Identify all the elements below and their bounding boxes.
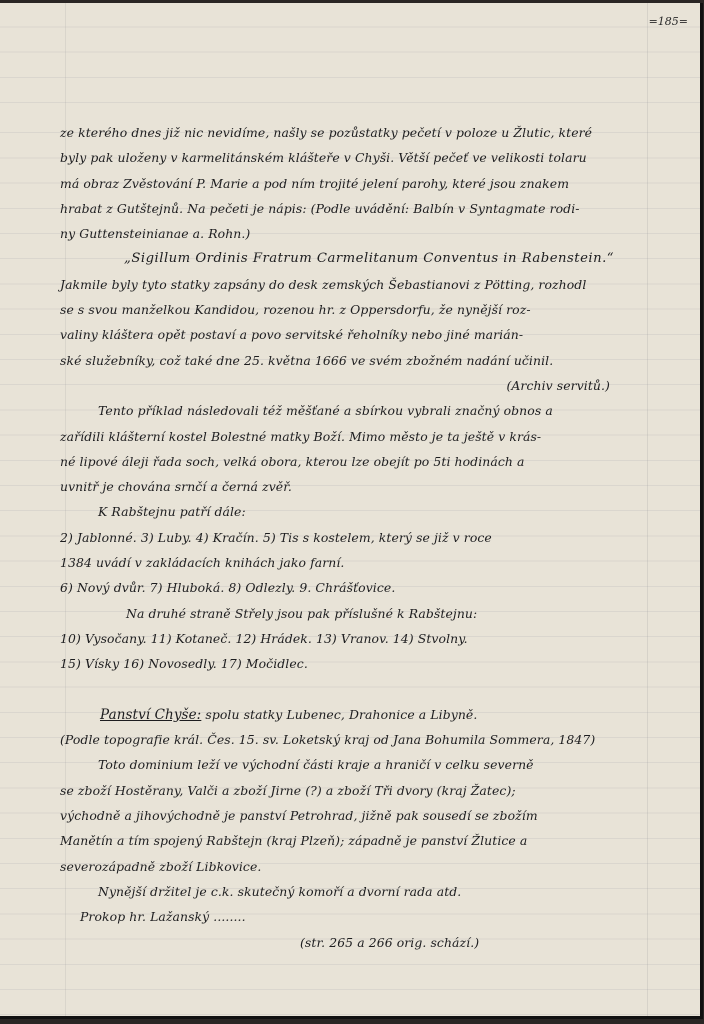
section-title: Panství Chyše:	[100, 707, 201, 723]
page-number: =185=	[649, 15, 688, 28]
text-line: se zboží Hostěrany, Valči a zboží Jirne …	[60, 778, 650, 803]
text-line: má obraz Zvěstování P. Marie a pod ním t…	[60, 171, 650, 196]
text-line: Jakmile byly tyto statky zapsány do desk…	[60, 272, 650, 297]
text-line: Manětín a tím spojený Rabštejn (kraj Plz…	[60, 828, 650, 853]
text-line: Toto dominium leží ve východní části kra…	[60, 752, 650, 777]
text-line: severozápadně zboží Libkovice.	[60, 854, 650, 879]
text-line: východně a jihovýchodně je panství Petro…	[60, 803, 650, 828]
section-heading: Panství Chyše: spolu statky Lubenec, Dra…	[60, 702, 650, 727]
text-line: byly pak uloženy v karmelitánském klášte…	[60, 145, 650, 170]
village-list-line: 2) Jablonné. 3) Luby. 4) Kračín. 5) Tis …	[60, 525, 650, 550]
belongs-heading: K Rabštejnu patří dále:	[60, 499, 650, 524]
text-line: valiny kláštera opět postaví a povo serv…	[60, 322, 650, 347]
missing-pages-note: (str. 265 a 266 orig. schází.)	[60, 930, 650, 955]
text-line: Tento příklad následovali též měšťané a …	[60, 398, 650, 423]
village-list-line: 6) Nový dvůr. 7) Hluboká. 8) Odlezly. 9.…	[60, 575, 650, 600]
blank-line	[60, 677, 650, 702]
text-line: ny Guttensteinianae a. Rohn.)	[60, 221, 650, 246]
village-list-line: 15) Vísky 16) Novosedly. 17) Močidlec.	[60, 651, 650, 676]
handwritten-text-body: ze kterého dnes již nic nevidíme, našly …	[60, 120, 650, 955]
text-line: se s svou manželkou Kandidou, rozenou hr…	[60, 297, 650, 322]
text-line: uvnitř je chována srnčí a černá zvěř.	[60, 474, 650, 499]
village-list-line: 1384 uvádí v zakládacích knihách jako fa…	[60, 550, 650, 575]
village-list-line: 10) Vysočany. 11) Kotaneč. 12) Hrádek. 1…	[60, 626, 650, 651]
manuscript-page: =185= ze kterého dnes již nic nevidíme, …	[0, 3, 703, 1019]
latin-inscription: „Sigillum Ordinis Fratrum Carmelitanum C…	[60, 246, 650, 271]
owner-line: Nynější držitel je c.k. skutečný komoří …	[60, 879, 650, 904]
text-line: zařídili klášterní kostel Bolestné matky…	[60, 424, 650, 449]
section-subtitle: spolu statky Lubenec, Drahonice a Libyně…	[201, 707, 477, 722]
text-line: né lipové áleji řada soch, velká obora, …	[60, 449, 650, 474]
text-line: hrabat z Gutštejnů. Na pečeti je nápis: …	[60, 196, 650, 221]
text-line: ské služebníky, což také dne 25. května …	[60, 348, 650, 373]
text-line: ze kterého dnes již nic nevidíme, našly …	[60, 120, 650, 145]
archive-note: (Archiv servitů.)	[60, 373, 650, 398]
other-side-heading: Na druhé straně Střely jsou pak příslušn…	[60, 601, 650, 626]
owner-name: Prokop hr. Lažanský ........	[60, 904, 650, 929]
section-source: (Podle topografie král. Čes. 15. sv. Lok…	[60, 727, 650, 752]
